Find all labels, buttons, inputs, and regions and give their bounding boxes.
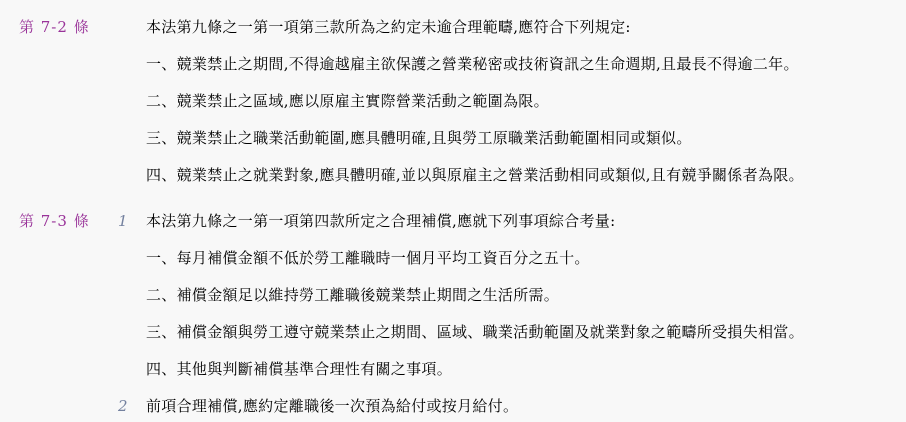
article-row: 第 7-3 條1本法第九條之一第一項第四款所定之合理補償,應就下列事項綜合考量:… xyxy=(0,203,906,422)
article-body: 本法第九條之一第一項第三款所為之約定未逾合理範疇,應符合下列規定:一、競業禁止之… xyxy=(118,9,906,194)
paragraph-lines: 前項合理補償,應約定離職後一次預為給付或按月給付。 xyxy=(146,388,906,422)
law-paragraph: 1本法第九條之一第一項第四款所定之合理補償,應就下列事項綜合考量:一、每月補償金… xyxy=(118,203,906,388)
law-text-line: 二、競業禁止之區域,應以原雇主實際營業活動之範圍為限。 xyxy=(146,83,906,120)
law-text-line: 本法第九條之一第一項第四款所定之合理補償,應就下列事項綜合考量: xyxy=(146,203,906,240)
law-article-list: 第 7-2 條本法第九條之一第一項第三款所為之約定未逾合理範疇,應符合下列規定:… xyxy=(0,0,906,422)
law-text-line: 二、補償金額足以維持勞工離職後競業禁止期間之生活所需。 xyxy=(146,277,906,314)
law-text-line: 一、每月補償金額不低於勞工離職時一個月平均工資百分之五十。 xyxy=(146,240,906,277)
article-number-link[interactable]: 第 7-3 條 xyxy=(19,203,118,240)
paragraph-number: 1 xyxy=(118,203,146,240)
law-paragraph: 2前項合理補償,應約定離職後一次預為給付或按月給付。 xyxy=(118,388,906,422)
law-text-line: 一、競業禁止之期間,不得逾越雇主欲保護之營業秘密或技術資訊之生命週期,且最長不得… xyxy=(146,46,906,83)
law-text-line: 前項合理補償,應約定離職後一次預為給付或按月給付。 xyxy=(146,388,906,422)
law-text-line: 四、競業禁止之就業對象,應具體明確,並以與原雇主之營業活動相同或類似,且有競爭關… xyxy=(146,157,906,194)
paragraph-lines: 本法第九條之一第一項第三款所為之約定未逾合理範疇,應符合下列規定:一、競業禁止之… xyxy=(146,9,906,194)
law-text-line: 四、其他與判斷補償基準合理性有關之事項。 xyxy=(146,351,906,388)
article-number-link[interactable]: 第 7-2 條 xyxy=(19,9,118,46)
article-row: 第 7-2 條本法第九條之一第一項第三款所為之約定未逾合理範疇,應符合下列規定:… xyxy=(0,9,906,194)
paragraph-number: 2 xyxy=(118,388,146,422)
article-body: 1本法第九條之一第一項第四款所定之合理補償,應就下列事項綜合考量:一、每月補償金… xyxy=(118,203,906,422)
paragraph-lines: 本法第九條之一第一項第四款所定之合理補償,應就下列事項綜合考量:一、每月補償金額… xyxy=(146,203,906,388)
law-paragraph: 本法第九條之一第一項第三款所為之約定未逾合理範疇,應符合下列規定:一、競業禁止之… xyxy=(118,9,906,194)
law-text-line: 三、補償金額與勞工遵守競業禁止之期間、區域、職業活動範圍及就業對象之範疇所受損失… xyxy=(146,314,906,351)
law-text-line: 三、競業禁止之職業活動範圍,應具體明確,且與勞工原職業活動範圍相同或類似。 xyxy=(146,120,906,157)
law-text-line: 本法第九條之一第一項第三款所為之約定未逾合理範疇,應符合下列規定: xyxy=(146,9,906,46)
